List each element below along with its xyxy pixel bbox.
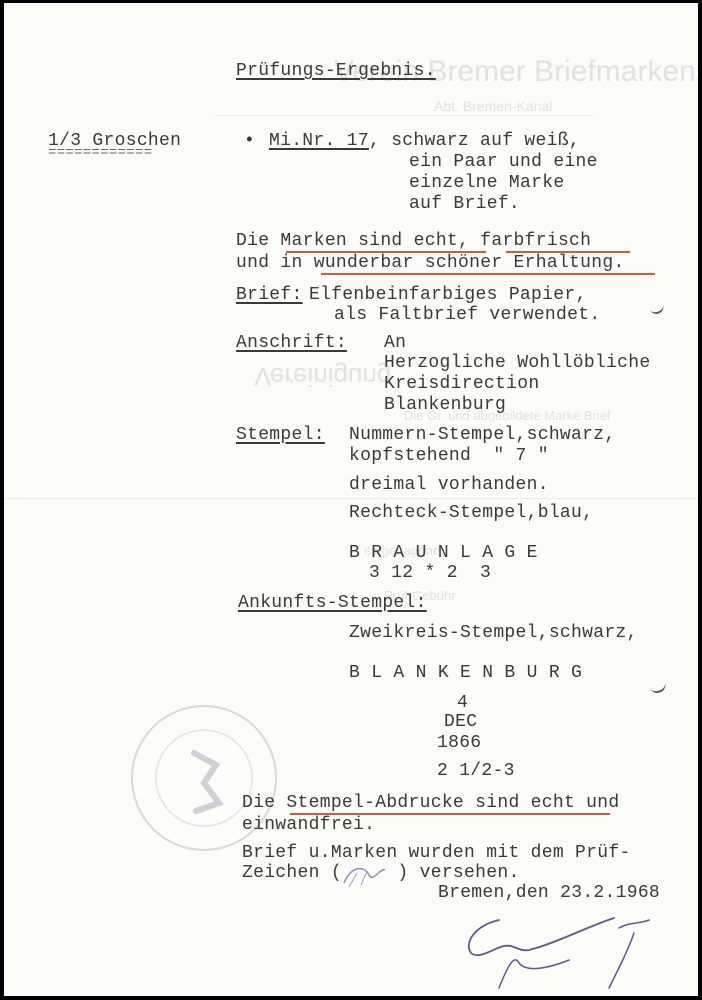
brief-line-2: als Faltbrief verwendet. [334,305,600,325]
signature-icon [459,908,659,993]
anschrift-line-4: Blankenburg [384,395,506,415]
stempel-line-1: Nummern-Stempel,schwarz, [349,425,615,445]
ankunft-time: 2 1/2-3 [437,761,515,781]
anschrift-label: Anschrift: [236,333,347,353]
ankunft-year: 1866 [437,733,481,753]
anschrift-line-2: Herzogliche Wohllöbliche [384,353,650,373]
closing-line-1: Die Stempel-Abdrucke sind echt und [242,793,619,813]
test-mark-icon [339,861,389,891]
ankunft-line: Zweikreis-Stempel,schwarz, [349,623,638,643]
bullet: • [244,131,255,151]
ankunft-label: Ankunfts-Stempel: [238,593,427,613]
brief-line-1: Elfenbeinfarbiges Papier, [309,285,587,305]
description-line-4: auf Brief. [409,194,520,214]
ankunft-day: 4 [457,693,468,713]
description-line-3: einzelne Marke [409,173,564,193]
red-underline [506,251,630,253]
description-line-1: , schwarz auf weiß, [369,131,580,151]
stempel-date: 3 12 * 2 3 [369,563,491,583]
ghost-rule [214,115,594,116]
red-underline [290,813,610,815]
catalog-number: Mi.Nr. 17 [269,131,369,151]
closing-line-2: einwandfrei. [242,815,375,835]
seal-stamp-icon [124,693,284,863]
stempel-line-2: kopfstehend " 7 " [349,446,549,466]
stempel-town: B R A U N L A G E [349,543,538,563]
mark-line-1: Brief u.Marken wurden mit dem Prüf- [242,843,631,863]
description-line-2: ein Paar und eine [409,152,598,172]
anschrift-line-1: An [384,333,406,353]
anschrift-line-3: Kreisdirection [384,374,539,394]
denomination-rule: ============ [48,145,152,161]
place-date: Bremen,den 23.2.1968 [438,883,660,903]
fold-line [4,498,698,499]
red-underline [321,273,655,275]
ghost-vereinigung: Vereinigung [254,361,391,392]
punch-hole-mark-icon [647,296,666,316]
ankunft-town: B L A N K E N B U R G [349,663,582,683]
page-title: Prüfungs-Ergebnis. [236,61,436,81]
ankunft-month: DEC [444,712,477,732]
red-underline [286,251,486,253]
brief-label: Brief: [236,285,303,305]
stempel-line-3: dreimal vorhanden. [349,475,549,495]
ghost-letterhead-subtitle: Abt. Bremen-Kanal [434,98,552,114]
punch-hole-mark-icon [646,673,667,695]
document-page: Verein Bremer Briefmarkensammler e.V. Ab… [4,3,698,996]
stempel-line-4: Rechteck-Stempel,blau, [349,503,593,523]
verdict-line-1: Die Marken sind echt, farbfrisch [236,231,591,251]
verdict-line-2: und in wunderbar schöner Erhaltung. [236,253,625,273]
stempel-label: Stempel: [236,425,325,445]
